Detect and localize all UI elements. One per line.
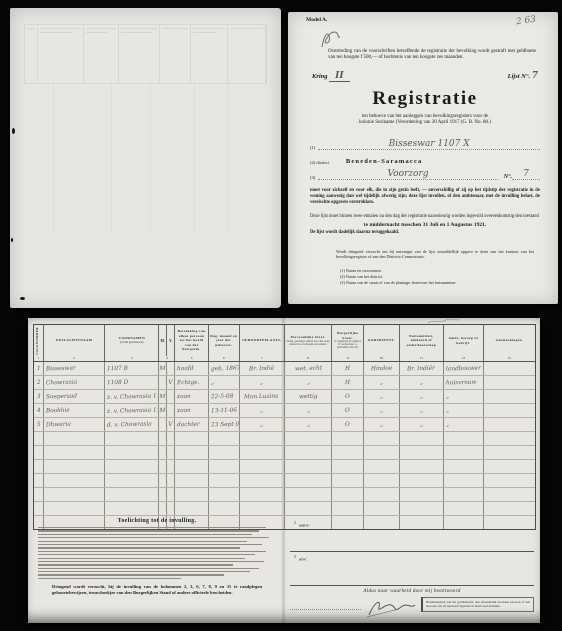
cell-nr xyxy=(34,446,44,459)
cell-geboren xyxy=(209,446,240,459)
cell-geslacht xyxy=(159,488,175,501)
cell-betrekking xyxy=(175,460,209,473)
cell-beroep: landbouwer xyxy=(444,362,484,375)
page-title: Registratie xyxy=(306,88,544,110)
cell-nationaliteit xyxy=(400,488,444,501)
cell-nationaliteit: „ xyxy=(400,418,444,431)
cell-geslacht: M xyxy=(159,390,175,403)
cell-nationaliteit: „ xyxy=(400,404,444,417)
field1-label: (1) xyxy=(310,145,318,150)
cell-godsdienst xyxy=(364,446,400,459)
cell-godsdienst: „ xyxy=(364,390,400,403)
cell-geboorteplaats xyxy=(240,432,285,445)
cell-aanm xyxy=(484,460,535,473)
cell-betrekking: dochter xyxy=(175,418,209,431)
deadline-paragraph: Deze lijst moet binnen twee etmalen na d… xyxy=(310,214,540,220)
cell-nr xyxy=(34,502,44,515)
cell-aanm xyxy=(484,488,535,501)
field3-label: (3) xyxy=(310,175,318,180)
cell-aanm xyxy=(484,376,535,389)
cell-burg: O xyxy=(332,390,364,403)
cell-burg: O xyxy=(332,404,364,417)
table-row-empty xyxy=(34,502,535,516)
cell-geslachtsnaam: Soepersad xyxy=(44,390,105,403)
cell-geboren xyxy=(209,432,240,445)
cell-nationaliteit: „ xyxy=(400,376,444,389)
table-header-row: VOLGNUMMER1GESLACHTSNAAM2VOORNAMEN(volui… xyxy=(34,325,535,362)
absent-section-number: 3 xyxy=(294,555,296,559)
midnight-deadline: te middernacht tusschen 31 Juli en 1 Aug… xyxy=(306,222,544,228)
signature-scribble xyxy=(365,597,417,619)
cell-beroep xyxy=(444,432,484,445)
cell-pers xyxy=(285,488,332,501)
cell-nationaliteit xyxy=(400,432,444,445)
cell-geslacht: V xyxy=(159,418,175,431)
cell-godsdienst xyxy=(364,488,400,501)
cell-geboren xyxy=(209,474,240,487)
documents-note: Dringend wordt verzocht, bij de invullin… xyxy=(38,584,276,596)
lijst-label: Lijst N°. xyxy=(508,73,530,80)
paper-speck xyxy=(11,238,13,242)
cell-geboorteplaats xyxy=(240,460,285,473)
cell-geboren: geb. 1867 xyxy=(209,362,240,375)
column-header-6: Dag, maand en jaar der geboorte.6 xyxy=(209,325,240,361)
house-number-value: 7 xyxy=(512,169,540,180)
cell-pers xyxy=(285,474,332,487)
cell-nr: 3 xyxy=(34,390,44,403)
column-header-1: VOLGNUMMER1 xyxy=(34,325,44,361)
table-row-empty xyxy=(34,432,535,446)
show-through-table-header xyxy=(24,24,267,84)
cell-voornamen xyxy=(105,446,159,459)
cell-geslacht xyxy=(159,502,175,515)
cell-geslachtsnaam xyxy=(44,488,105,501)
cell-aanm xyxy=(484,418,535,431)
cell-pers: „ xyxy=(285,404,332,417)
cell-geboorteplaats: Br. Indië xyxy=(240,362,285,375)
table-row-person: 2Chowrasia1108 DVEchtge.„„„H„„huisvrouw xyxy=(34,376,535,390)
field2-label: (2) district xyxy=(310,160,332,165)
cell-burg xyxy=(332,432,364,445)
cell-godsdienst: Hindoe xyxy=(364,362,400,375)
cell-voornamen xyxy=(105,488,159,501)
column-header-4: M.V.4 xyxy=(159,325,175,361)
cell-aanm xyxy=(484,404,535,417)
cell-voornamen: z. v. Chowrasia 1108 X xyxy=(105,404,159,417)
cell-geslachtsnaam xyxy=(44,432,105,445)
cell-burg: H xyxy=(332,376,364,389)
cell-aanm xyxy=(484,446,535,459)
present-section: 2 aanw: xyxy=(290,518,534,552)
cell-nr xyxy=(34,488,44,501)
instructions-title: Toelichting tot de invulling. xyxy=(38,518,276,524)
present-section-label: aanw: xyxy=(299,523,310,528)
cell-betrekking: zoon xyxy=(175,390,209,403)
cell-burg: O xyxy=(332,418,364,431)
closing-block: 2 aanw: 3 afw: Aldus naar waarheid door … xyxy=(290,518,534,619)
table-row-empty xyxy=(34,474,535,488)
cell-geslacht: M xyxy=(159,404,175,417)
cell-pers: „ xyxy=(285,418,332,431)
cell-geslachtsnaam xyxy=(44,446,105,459)
kring-value-handwritten: II xyxy=(329,71,349,82)
cell-geboren: 22-5-08 xyxy=(209,390,240,403)
handwritten-page-number: 2 63 xyxy=(515,15,536,28)
cell-nr: 2 xyxy=(34,376,44,389)
cell-geboorteplaats xyxy=(240,502,285,515)
cell-nationaliteit xyxy=(400,460,444,473)
penalty-warning: Overtreding van de voorschriften betreff… xyxy=(328,49,536,62)
return-note: De lijst wordt dadelijk daarna teruggeha… xyxy=(310,230,540,235)
cell-betrekking: Echtge. xyxy=(175,376,209,389)
cell-geslachtsnaam xyxy=(44,502,105,515)
instructions-block: Toelichting tot de invulling. Dringend w… xyxy=(38,518,276,596)
cell-nationaliteit xyxy=(400,446,444,459)
cell-nr xyxy=(34,474,44,487)
cell-geslacht: M xyxy=(159,362,175,375)
cell-nr: 1 xyxy=(34,362,44,375)
cell-voornamen xyxy=(105,474,159,487)
cell-nationaliteit xyxy=(400,474,444,487)
cell-voornamen: z. v. Chowrasia 1108 X xyxy=(105,390,159,403)
cell-geslachtsnaam: Chowrasia xyxy=(44,376,105,389)
cell-geboren: 23 Sept 06 xyxy=(209,418,240,431)
show-through-column-lines xyxy=(24,82,267,232)
attestation-line: Aldus naar waarheid door mij beantwoord xyxy=(290,589,534,594)
cell-geboorteplaats xyxy=(240,474,285,487)
cell-beroep: „ xyxy=(444,390,484,403)
cell-aanm xyxy=(484,390,535,403)
registration-form-page: Model A. 2 63 Overtreding van de voorsch… xyxy=(288,12,558,304)
column-header-5: Betrekking van elken persoon tot het hoo… xyxy=(175,325,209,361)
cell-burg xyxy=(332,460,364,473)
register-table-spread: VOLGNUMMER1GESLACHTSNAAM2VOORNAMEN(volui… xyxy=(28,318,540,623)
cell-burg xyxy=(332,474,364,487)
cell-aanm xyxy=(484,362,535,375)
kring-label: Kring xyxy=(312,73,328,80)
table-row-empty xyxy=(34,446,535,460)
cell-beroep: huisvrouw xyxy=(444,376,484,389)
cell-geslacht xyxy=(159,474,175,487)
cell-nationaliteit: Br. Indiër xyxy=(400,362,444,375)
cell-beroep xyxy=(444,474,484,487)
cell-geboren xyxy=(209,502,240,515)
pencil-scribble xyxy=(318,28,344,50)
paper-speck xyxy=(12,128,15,134)
cell-voornamen xyxy=(105,432,159,445)
cell-betrekking xyxy=(175,432,209,445)
cell-betrekking xyxy=(175,488,209,501)
cell-beroep xyxy=(444,460,484,473)
column-header-3: VOORNAMEN(voluit geschreven)3 xyxy=(105,325,159,361)
cell-pers: „ xyxy=(285,376,332,389)
field1-value-handwritten: Bisseswar 1107 X xyxy=(389,139,470,149)
cell-geslachtsnaam xyxy=(44,460,105,473)
cell-geslacht xyxy=(159,432,175,445)
cell-geboren xyxy=(209,488,240,501)
cell-godsdienst xyxy=(364,432,400,445)
table-body: 1Bisseswar1107 BMhoofdgeb. 1867Br. Indië… xyxy=(34,362,535,529)
cell-geslachtsnaam: Bisseswar xyxy=(44,362,105,375)
cell-voornamen: d. v. Chowrasia xyxy=(105,418,159,431)
subtitle-line2: kolonie Suriname (Verordening van 30 Apr… xyxy=(306,120,544,127)
cell-godsdienst: „ xyxy=(364,404,400,417)
lijst-value-handwritten: 7 xyxy=(532,71,538,81)
instruction-paragraph: moet voor zichzelf en voor elk, die in z… xyxy=(310,188,540,207)
cell-pers: wet. echt xyxy=(285,362,332,375)
blank-verso-page xyxy=(10,8,281,308)
cell-godsdienst xyxy=(364,474,400,487)
table-row-person: 4Bookhiez. v. Chowrasia 1108 XMzoon13-11… xyxy=(34,404,535,418)
cell-betrekking xyxy=(175,502,209,515)
cell-geboorteplaats xyxy=(240,488,285,501)
present-section-number: 2 xyxy=(294,521,296,525)
column-header-11: Nationaliteit, landaard of onderdaanscha… xyxy=(400,325,444,361)
cell-geslacht: V xyxy=(159,376,175,389)
cell-godsdienst xyxy=(364,460,400,473)
register-table: VOLGNUMMER1GESLACHTSNAAM2VOORNAMEN(volui… xyxy=(33,324,536,530)
column-header-9: Burgerlijke Staat.O. ongehuwd, H. gehuwd… xyxy=(332,325,364,361)
cell-betrekking: zoon xyxy=(175,404,209,417)
column-header-7: GEBOORTEPLAATS.7 xyxy=(240,325,285,361)
cell-geslachtsnaam: Bookhie xyxy=(44,404,105,417)
cell-burg xyxy=(332,446,364,459)
table-row-person: 5Dhwariad. v. ChowrasiaVdochter23 Sept 0… xyxy=(34,418,535,432)
cell-beroep xyxy=(444,446,484,459)
cell-beroep xyxy=(444,502,484,515)
cell-godsdienst: „ xyxy=(364,376,400,389)
cell-burg xyxy=(332,488,364,501)
cell-beroep xyxy=(444,488,484,501)
table-row-empty xyxy=(34,488,535,502)
cell-voornamen: 1108 D xyxy=(105,376,159,389)
footnote-3: (3) Naam van de straat of van de plantag… xyxy=(340,280,534,286)
cell-geslachtsnaam: Dhwaria xyxy=(44,418,105,431)
column-header-2: GESLACHTSNAAM2 xyxy=(44,325,105,361)
signature-instruction-box: Handteekening van het gezinshoofd, den a… xyxy=(421,597,534,612)
submission-request: Wordt dringend verzocht om bij ontvangst… xyxy=(336,249,534,260)
cell-nr xyxy=(34,432,44,445)
column-header-12: Ambt, beroep of bedrijf.12 xyxy=(444,325,484,361)
cell-nationaliteit: „ xyxy=(400,390,444,403)
table-row-empty xyxy=(34,460,535,474)
cell-aanm xyxy=(484,432,535,445)
cell-geslachtsnaam xyxy=(44,474,105,487)
cell-pers xyxy=(285,502,332,515)
cell-geslacht xyxy=(159,446,175,459)
cell-geboorteplaats: „ xyxy=(240,404,285,417)
cell-burg xyxy=(332,502,364,515)
cell-nr: 5 xyxy=(34,418,44,431)
field3-value-handwritten: Voorzorg xyxy=(387,169,428,179)
district-name: Beneden-Saramacca xyxy=(346,158,423,165)
absent-section-label: afw: xyxy=(299,557,307,562)
cell-pers xyxy=(285,460,332,473)
signature-line xyxy=(290,597,361,610)
cell-aanm xyxy=(484,502,535,515)
cell-geboren: „ xyxy=(209,376,240,389)
cell-geboren: 13-11-06 xyxy=(209,404,240,417)
cell-betrekking xyxy=(175,474,209,487)
cell-voornamen: 1107 B xyxy=(105,362,159,375)
column-header-13: Aanmerkingen.13 xyxy=(484,325,535,361)
cell-geboorteplaats: „ xyxy=(240,418,285,431)
cell-pers: wettig xyxy=(285,390,332,403)
column-header-8: Persoonlijke Staat.Wettig, gewettigd, er… xyxy=(285,325,332,361)
absent-section: 3 afw: xyxy=(290,552,534,586)
cell-nationaliteit xyxy=(400,502,444,515)
model-label: Model A. xyxy=(306,17,544,23)
cell-beroep: „ xyxy=(444,404,484,417)
cell-betrekking: hoofd xyxy=(175,362,209,375)
table-row-person: 1Bisseswar1107 BMhoofdgeb. 1867Br. Indië… xyxy=(34,362,535,376)
cell-geboorteplaats xyxy=(240,446,285,459)
cell-geboren xyxy=(209,460,240,473)
cell-geboorteplaats: Mon Lusina xyxy=(240,390,285,403)
house-number-label: N°. xyxy=(504,174,512,180)
cell-nr: 4 xyxy=(34,404,44,417)
column-header-10: GODSDIENST.10 xyxy=(364,325,400,361)
cell-geboorteplaats: „ xyxy=(240,376,285,389)
cell-voornamen xyxy=(105,502,159,515)
cell-pers xyxy=(285,432,332,445)
cell-aanm xyxy=(484,474,535,487)
cell-godsdienst xyxy=(364,502,400,515)
scanned-document-screenshot: { "colors": { "background": "#060606", "… xyxy=(0,0,562,631)
paper-speck xyxy=(20,297,25,300)
cell-godsdienst: „ xyxy=(364,418,400,431)
fine-print-lines xyxy=(38,527,276,579)
cell-burg: H xyxy=(332,362,364,375)
cell-nr xyxy=(34,460,44,473)
cell-betrekking xyxy=(175,446,209,459)
cell-pers xyxy=(285,446,332,459)
cell-geslacht xyxy=(159,460,175,473)
cell-voornamen xyxy=(105,460,159,473)
cell-beroep: „ xyxy=(444,418,484,431)
table-row-person: 3Soepersadz. v. Chowrasia 1108 XMzoon22-… xyxy=(34,390,535,404)
